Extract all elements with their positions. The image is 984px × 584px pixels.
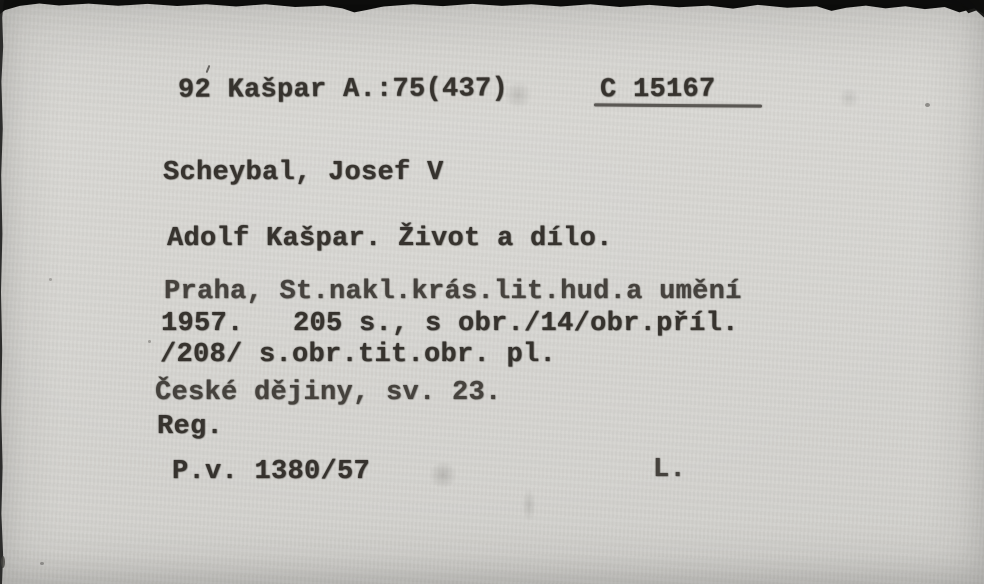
call-number: C 15167 — [600, 77, 716, 105]
imprint-collation-line: 1957. 205 s., s obr./14/obr.příl. — [161, 311, 739, 338]
left-scan-edge — [0, 0, 4, 584]
annotation-letter: L. — [653, 457, 686, 484]
imprint-publisher-line: Praha, St.nakl.krás.lit.hud.a umění — [164, 279, 742, 306]
call-number-underline — [594, 103, 762, 107]
paper-speck — [49, 278, 52, 281]
imprint-pagination-line: /208/ s.obr.tit.obr. pl. — [160, 342, 556, 369]
author-heading: Scheybal, Josef V — [163, 160, 444, 187]
accession-number: P.v. 1380/57 — [172, 459, 370, 486]
torn-top-edge — [0, 0, 984, 14]
ink-smudge — [428, 462, 458, 488]
catalog-card-scan: 92 Kašpar A.:75(437) C 15167 Scheybal, J… — [0, 0, 984, 584]
ink-smudge — [505, 80, 531, 110]
paper-speck — [40, 562, 44, 565]
paper-speck — [148, 340, 151, 343]
paper-speck — [925, 103, 930, 107]
ink-smudge — [522, 488, 536, 522]
classification-number: 92 Kašpar A.:75(437) — [178, 76, 508, 104]
register-note: Reg. — [157, 414, 223, 441]
series-line: České dějiny, sv. 23. — [155, 380, 502, 407]
ink-smudge — [838, 88, 860, 108]
title-line: Adolf Kašpar. Život a dílo. — [167, 226, 613, 253]
stray-accent-mark — [206, 65, 211, 73]
